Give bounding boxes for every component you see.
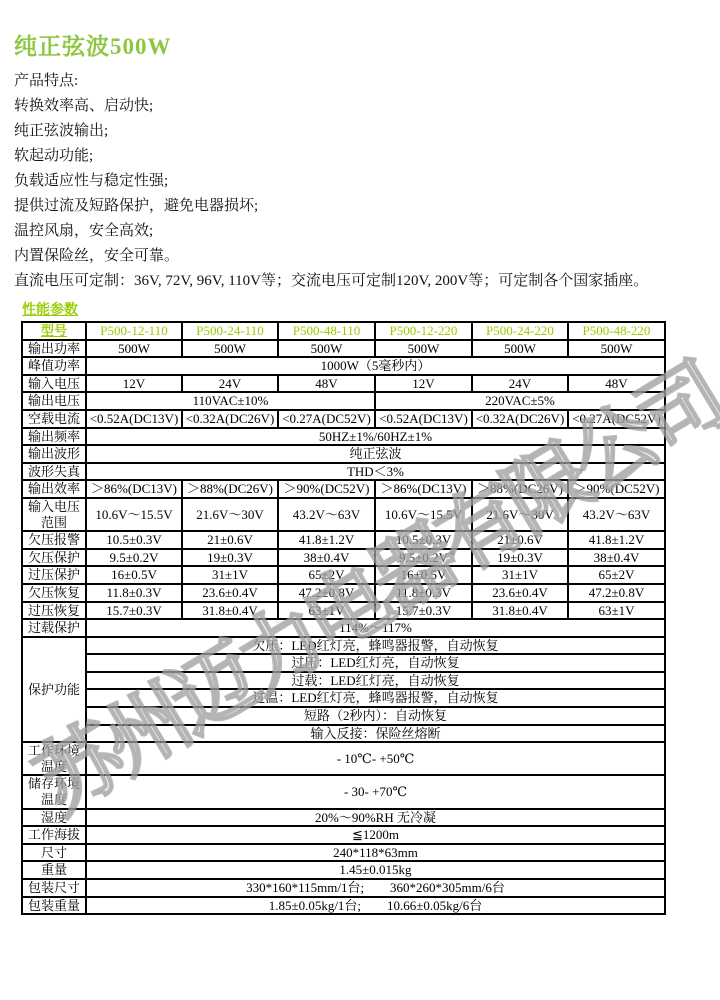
feature-item: 纯正弦波输出; (14, 119, 712, 144)
row-label: 包装重量 (22, 897, 86, 915)
row-label: 型号 (22, 322, 86, 340)
table-row: 过压：LED红灯亮，自动恢复 (22, 654, 665, 672)
spec-cell: 47.2±0.8V (278, 584, 375, 602)
table-row: 过载：LED红灯亮，自动恢复 (22, 672, 665, 690)
spec-cell: 12V (86, 375, 182, 393)
row-label: 欠压保护 (22, 549, 86, 567)
row-label: 输出功率 (22, 340, 86, 358)
spec-cell: 48V (278, 375, 375, 393)
spec-cell: - 10℃- +50℃ (86, 742, 665, 775)
section-label-performance: 性能参数 (22, 299, 78, 319)
table-row: 欠压报警10.5±0.3V21±0.6V41.8±1.2V10.5±0.3V21… (22, 531, 665, 549)
spec-cell: 41.8±1.2V (568, 531, 665, 549)
row-label: 工作海拔 (22, 826, 86, 844)
spec-cell: 19±0.3V (472, 549, 568, 567)
spec-cell: 50HZ±1%/60HZ±1% (86, 428, 665, 446)
spec-cell: 63±1V (568, 602, 665, 620)
spec-cell: ＞90%(DC52V) (278, 480, 375, 498)
spec-cell: 31.8±0.4V (182, 602, 278, 620)
spec-cell: 1.85±0.05kg/1台; 10.66±0.05kg/6台 (86, 897, 665, 915)
table-row: 重量1.45±0.015kg (22, 861, 665, 879)
table-row: 输入反接：保险丝熔断 (22, 725, 665, 743)
table-row: 输出波形纯正弦波 (22, 445, 665, 463)
spec-cell: 38±0.4V (568, 549, 665, 567)
table-row: 输入电压范围10.6V～15.5V21.6V～30V43.2V～63V10.6V… (22, 498, 665, 531)
spec-cell: 500W (182, 340, 278, 358)
spec-cell: 20%～90%RH 无冷凝 (86, 809, 665, 827)
row-label: 储存环境温度 (22, 775, 86, 808)
spec-cell: 10.6V～15.5V (375, 498, 472, 531)
spec-cell: 9.5±0.2V (375, 549, 472, 567)
spec-cell: 15.7±0.3V (86, 602, 182, 620)
model-header-cell: P500-24-220 (472, 322, 568, 340)
spec-cell: ＞88%(DC26V) (472, 480, 568, 498)
spec-cell: 43.2V～63V (568, 498, 665, 531)
spec-cell: 23.6±0.4V (182, 584, 278, 602)
row-label: 包装尺寸 (22, 879, 86, 897)
spec-cell: 330*160*115mm/1台; 360*260*305mm/6台 (86, 879, 665, 897)
spec-cell: <0.52A(DC13V) (86, 410, 182, 428)
spec-cell: 31±1V (182, 566, 278, 584)
model-header-cell: P500-48-220 (568, 322, 665, 340)
row-label: 过压保护 (22, 566, 86, 584)
spec-cell: 1000W（5毫秒内） (86, 357, 665, 375)
row-label: 过载保护 (22, 619, 86, 637)
spec-cell: 48V (568, 375, 665, 393)
row-label: 湿度 (22, 809, 86, 827)
row-label: 尺寸 (22, 844, 86, 862)
spec-cell: 65±2V (568, 566, 665, 584)
spec-cell: <0.52A(DC13V) (375, 410, 472, 428)
customization-line: 直流电压可定制：36V, 72V, 96V, 110V等；交流电压可定制120V… (14, 269, 712, 294)
spec-cell: 23.6±0.4V (472, 584, 568, 602)
table-row: 工作海拔≦1200m (22, 826, 665, 844)
table-row: 峰值功率1000W（5毫秒内） (22, 357, 665, 375)
table-row: 输出效率＞86%(DC13V)＞88%(DC26V)＞90%(DC52V)＞86… (22, 480, 665, 498)
table-row: 输出电压110VAC±10%220VAC±5% (22, 392, 665, 410)
spec-cell: 500W (472, 340, 568, 358)
row-label: 过压恢复 (22, 602, 86, 620)
row-label: 欠压恢复 (22, 584, 86, 602)
spec-cell: 240*118*63mm (86, 844, 665, 862)
spec-cell: 500W (278, 340, 375, 358)
row-label: 输出波形 (22, 445, 86, 463)
table-row: 尺寸240*118*63mm (22, 844, 665, 862)
spec-cell: 纯正弦波 (86, 445, 665, 463)
spec-cell: 输入反接：保险丝熔断 (86, 725, 665, 743)
spec-cell: 500W (375, 340, 472, 358)
row-label: 空载电流 (22, 410, 86, 428)
spec-cell: 500W (86, 340, 182, 358)
row-label: 工作环境温度 (22, 742, 86, 775)
feature-item: 提供过流及短路保护，避免电器损坏; (14, 194, 712, 219)
row-label: 保护功能 (22, 637, 86, 743)
table-row: 短路（2秒内）：自动恢复 (22, 707, 665, 725)
product-features: 产品特点: 转换效率高、启动快; 纯正弦波输出; 软起动功能; 负载适应性与稳定… (14, 69, 712, 294)
spec-cell: 过温：LED红灯亮，蜂鸣器报警，自动恢复 (86, 689, 665, 707)
spec-cell: 38±0.4V (278, 549, 375, 567)
spec-cell: 110VAC±10% (86, 392, 375, 410)
table-row: 包装尺寸330*160*115mm/1台; 360*260*305mm/6台 (22, 879, 665, 897)
spec-cell: ≦1200m (86, 826, 665, 844)
table-row: 输出频率50HZ±1%/60HZ±1% (22, 428, 665, 446)
spec-cell: ＞86%(DC13V) (86, 480, 182, 498)
spec-cell: - 30- +70℃ (86, 775, 665, 808)
spec-cell: 12V (375, 375, 472, 393)
model-header-cell: P500-12-220 (375, 322, 472, 340)
spec-cell: ＞86%(DC13V) (375, 480, 472, 498)
table-row: 型号P500-12-110P500-24-110P500-48-110P500-… (22, 322, 665, 340)
feature-item: 内置保险丝，安全可靠。 (14, 244, 712, 269)
row-label: 波形失真 (22, 463, 86, 481)
row-label: 输出电压 (22, 392, 86, 410)
spec-cell: <0.32A(DC26V) (182, 410, 278, 428)
table-row: 工作环境温度- 10℃- +50℃ (22, 742, 665, 775)
model-header-cell: P500-24-110 (182, 322, 278, 340)
row-label: 输出频率 (22, 428, 86, 446)
table-row: 空载电流<0.52A(DC13V)<0.32A(DC26V)<0.27A(DC5… (22, 410, 665, 428)
feature-item: 软起动功能; (14, 144, 712, 169)
features-heading: 产品特点: (14, 69, 712, 94)
spec-cell: 9.5±0.2V (86, 549, 182, 567)
table-row: 输入电压12V24V48V12V24V48V (22, 375, 665, 393)
spec-cell: 47.2±0.8V (568, 584, 665, 602)
spec-cell: 63±1V (278, 602, 375, 620)
feature-item: 负载适应性与稳定性强; (14, 169, 712, 194)
row-label: 输入电压 (22, 375, 86, 393)
table-row: 过载保护114%～117% (22, 619, 665, 637)
spec-cell: 10.5±0.3V (375, 531, 472, 549)
spec-cell: 41.8±1.2V (278, 531, 375, 549)
spec-cell: 31±1V (472, 566, 568, 584)
spec-cell: 过压：LED红灯亮，自动恢复 (86, 654, 665, 672)
table-row: 波形失真THD＜3% (22, 463, 665, 481)
feature-item: 温控风扇，安全高效; (14, 219, 712, 244)
spec-cell: <0.27A(DC52V) (278, 410, 375, 428)
row-label: 欠压报警 (22, 531, 86, 549)
spec-cell: 10.5±0.3V (86, 531, 182, 549)
table-row: 过压恢复15.7±0.3V31.8±0.4V63±1V15.7±0.3V31.8… (22, 602, 665, 620)
table-row: 储存环境温度- 30- +70℃ (22, 775, 665, 808)
feature-item: 转换效率高、启动快; (14, 94, 712, 119)
spec-cell: 21±0.6V (182, 531, 278, 549)
spec-cell: 21±0.6V (472, 531, 568, 549)
table-row: 保护功能欠压：LED红灯亮，蜂鸣器报警，自动恢复 (22, 637, 665, 655)
row-label: 重量 (22, 861, 86, 879)
table-row: 欠压恢复11.8±0.3V23.6±0.4V47.2±0.8V11.8±0.3V… (22, 584, 665, 602)
row-label: 输入电压范围 (22, 498, 86, 531)
spec-cell: 500W (568, 340, 665, 358)
table-row: 欠压保护9.5±0.2V19±0.3V38±0.4V9.5±0.2V19±0.3… (22, 549, 665, 567)
page-content: 纯正弦波500W 产品特点: 转换效率高、启动快; 纯正弦波输出; 软起动功能;… (0, 0, 720, 915)
spec-cell: 15.7±0.3V (375, 602, 472, 620)
spec-cell: 11.8±0.3V (375, 584, 472, 602)
table-row: 过温：LED红灯亮，蜂鸣器报警，自动恢复 (22, 689, 665, 707)
row-label: 输出效率 (22, 480, 86, 498)
spec-cell: 21.6V～30V (182, 498, 278, 531)
spec-cell: <0.32A(DC26V) (472, 410, 568, 428)
spec-cell: 10.6V～15.5V (86, 498, 182, 531)
model-header-cell: P500-12-110 (86, 322, 182, 340)
spec-cell: 114%～117% (86, 619, 665, 637)
spec-cell: 11.8±0.3V (86, 584, 182, 602)
model-header-cell: P500-48-110 (278, 322, 375, 340)
spec-cell: 欠压：LED红灯亮，蜂鸣器报警，自动恢复 (86, 637, 665, 655)
table-row: 过压保护16±0.5V31±1V65±2V16±0.5V31±1V65±2V (22, 566, 665, 584)
spec-cell: 过载：LED红灯亮，自动恢复 (86, 672, 665, 690)
spec-cell: 19±0.3V (182, 549, 278, 567)
spec-cell: 短路（2秒内）：自动恢复 (86, 707, 665, 725)
table-row: 输出功率500W500W500W500W500W500W (22, 340, 665, 358)
spec-cell: <0.27A(DC52V) (568, 410, 665, 428)
spec-cell: 1.45±0.015kg (86, 861, 665, 879)
spec-cell: 31.8±0.4V (472, 602, 568, 620)
spec-cell: ＞90%(DC52V) (568, 480, 665, 498)
row-label: 峰值功率 (22, 357, 86, 375)
spec-cell: 16±0.5V (375, 566, 472, 584)
spec-cell: 43.2V～63V (278, 498, 375, 531)
spec-cell: 16±0.5V (86, 566, 182, 584)
spec-cell: 220VAC±5% (375, 392, 665, 410)
spec-cell: ＞88%(DC26V) (182, 480, 278, 498)
spec-cell: 21.6V～30V (472, 498, 568, 531)
page-title: 纯正弦波500W (14, 28, 712, 61)
table-row: 湿度20%～90%RH 无冷凝 (22, 809, 665, 827)
spec-cell: 24V (182, 375, 278, 393)
spec-cell: 65±2V (278, 566, 375, 584)
spec-table: 型号P500-12-110P500-24-110P500-48-110P500-… (21, 321, 666, 915)
table-row: 包装重量1.85±0.05kg/1台; 10.66±0.05kg/6台 (22, 897, 665, 915)
spec-cell: 24V (472, 375, 568, 393)
spec-cell: THD＜3% (86, 463, 665, 481)
